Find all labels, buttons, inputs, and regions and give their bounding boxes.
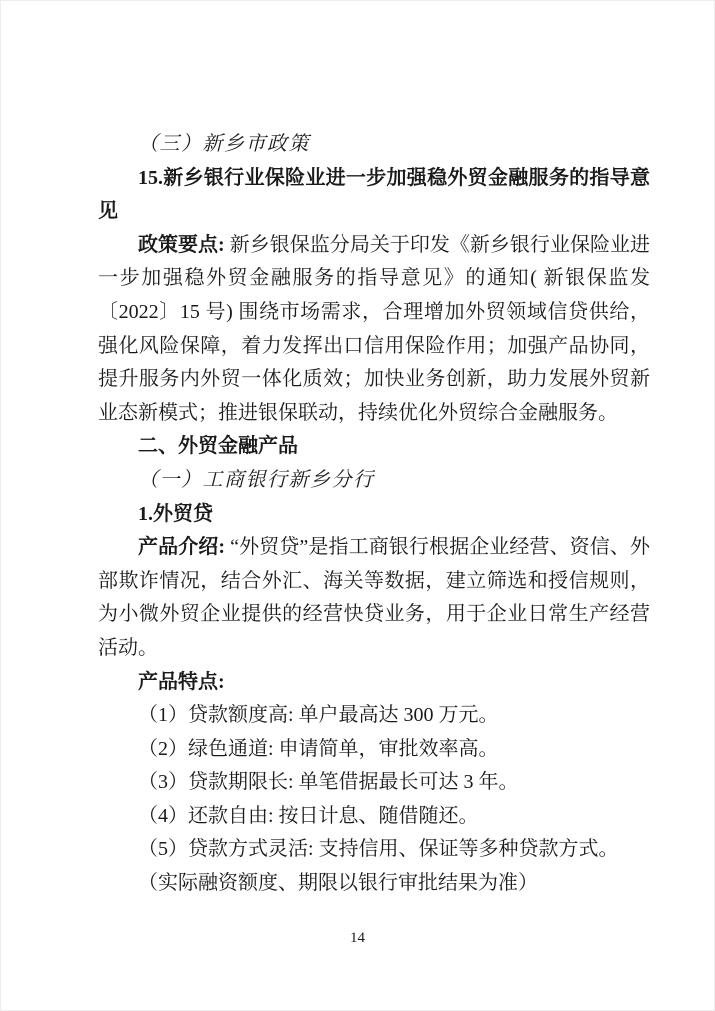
- product-heading: 1.外贸贷: [98, 498, 650, 532]
- disclaimer-line: （实际融资额度、期限以银行审批结果为准）: [98, 867, 650, 901]
- policy-points-text: 新乡银保监分局关于印发《新乡银行业保险业进一步加强稳外贸金融服务的指导意见》的通…: [98, 234, 650, 424]
- feature-item-3: （3）贷款期限长: 单笔借据最长可达 3 年。: [98, 766, 650, 800]
- product-intro-label: 产品介绍:: [138, 536, 230, 558]
- policy-title: 15.新乡银行业保险业进一步加强稳外贸金融服务的指导意见: [98, 162, 650, 229]
- policy-points-label: 政策要点:: [138, 234, 230, 256]
- page-number: 14: [1, 929, 714, 947]
- product-intro-paragraph: 产品介绍: “外贸贷”是指工商银行根据企业经营、资信、外部欺诈情况，结合外汇、海…: [98, 531, 650, 665]
- feature-item-5: （5）贷款方式灵活: 支持信用、保证等多种贷款方式。: [98, 833, 650, 867]
- feature-item-2: （2）绿色通道: 申请简单，审批效率高。: [98, 733, 650, 767]
- policy-points-paragraph: 政策要点: 新乡银保监分局关于印发《新乡银行业保险业进一步加强稳外贸金融服务的指…: [98, 229, 650, 431]
- feature-item-4: （4）还款自由: 按日计息、随借随还。: [98, 800, 650, 834]
- feature-item-1: （1）贷款额度高: 单户最高达 300 万元。: [98, 699, 650, 733]
- section-heading: （三）新乡市政策: [98, 128, 650, 162]
- chapter-heading: 二、外贸金融产品: [98, 430, 650, 464]
- product-features-label: 产品特点:: [98, 666, 650, 700]
- document-body: （三）新乡市政策 15.新乡银行业保险业进一步加强稳外贸金融服务的指导意见 政策…: [98, 128, 650, 901]
- document-page: （三）新乡市政策 15.新乡银行业保险业进一步加强稳外贸金融服务的指导意见 政策…: [0, 0, 715, 1011]
- subsection-heading: （一）工商银行新乡分行: [98, 464, 650, 498]
